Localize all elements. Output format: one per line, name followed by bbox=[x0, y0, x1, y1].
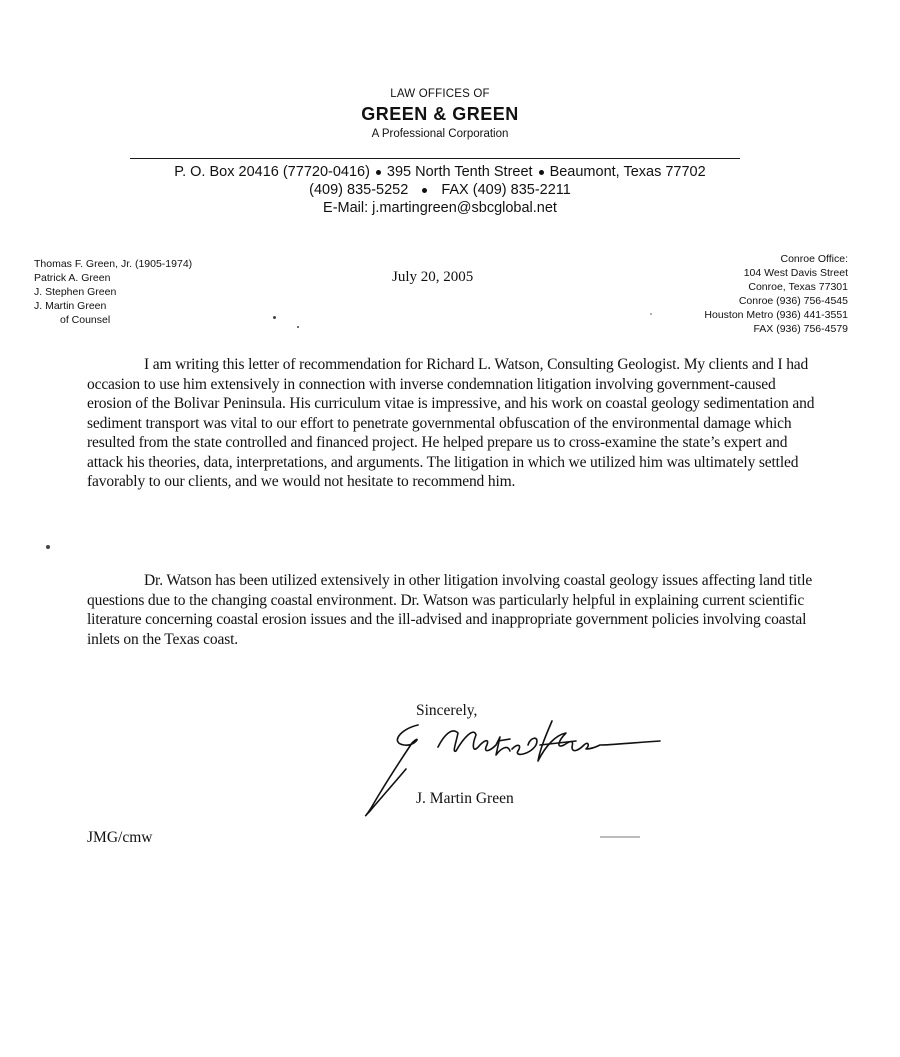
phone-number: (409) 835-5252 bbox=[309, 182, 408, 198]
firm-name: GREEN & GREEN bbox=[0, 104, 880, 125]
conroe-street: 104 West Davis Street bbox=[704, 266, 848, 280]
partners-list: Thomas F. Green, Jr. (1905-1974) Patrick… bbox=[34, 257, 192, 327]
scan-speck bbox=[46, 545, 50, 549]
bullet-icon bbox=[422, 188, 427, 193]
bullet-icon bbox=[539, 170, 544, 175]
partner-role: of Counsel bbox=[34, 313, 192, 327]
street-address: 395 North Tenth Street bbox=[387, 164, 533, 180]
firm-contact-block: P. O. Box 20416 (77720-0416)395 North Te… bbox=[130, 163, 750, 217]
houston-metro-phone: Houston Metro (936) 441-3551 bbox=[704, 308, 848, 322]
law-offices-label: LAW OFFICES OF bbox=[0, 88, 880, 100]
conroe-office-heading: Conroe Office: bbox=[704, 252, 848, 266]
body-paragraph-1: I am writing this letter of recommendati… bbox=[87, 355, 817, 492]
bullet-icon bbox=[376, 170, 381, 175]
body-paragraph-2: Dr. Watson has been utilized extensively… bbox=[87, 571, 817, 649]
scan-speck bbox=[273, 316, 276, 319]
conroe-fax: FAX (936) 756-4579 bbox=[704, 322, 848, 336]
letterhead-divider bbox=[130, 158, 740, 159]
partner-name: J. Martin Green bbox=[34, 299, 192, 313]
conroe-phone: Conroe (936) 756-4545 bbox=[704, 294, 848, 308]
signer-name: J. Martin Green bbox=[416, 790, 514, 808]
paragraph-text: Dr. Watson has been utilized extensively… bbox=[87, 571, 817, 649]
corporation-type: A Professional Corporation bbox=[0, 128, 880, 140]
reference-initials: JMG/cmw bbox=[87, 829, 152, 847]
paragraph-text: I am writing this letter of recommendati… bbox=[87, 355, 817, 492]
handwritten-signature-icon bbox=[360, 715, 680, 825]
conroe-city: Conroe, Texas 77301 bbox=[704, 280, 848, 294]
partner-name: J. Stephen Green bbox=[34, 285, 192, 299]
letter-date: July 20, 2005 bbox=[392, 269, 473, 286]
fax-number: FAX (409) 835-2211 bbox=[441, 182, 571, 198]
email-line: E-Mail: j.martingreen@sbcglobal.net bbox=[130, 199, 750, 217]
city-state-zip: Beaumont, Texas 77702 bbox=[550, 164, 706, 180]
scan-speck bbox=[650, 313, 652, 315]
conroe-office-block: Conroe Office: 104 West Davis Street Con… bbox=[704, 252, 848, 336]
address-line: P. O. Box 20416 (77720-0416)395 North Te… bbox=[130, 163, 750, 181]
scan-speck bbox=[297, 326, 299, 328]
po-box: P. O. Box 20416 (77720-0416) bbox=[174, 164, 370, 180]
partner-name: Thomas F. Green, Jr. (1905-1974) bbox=[34, 257, 192, 271]
partner-name: Patrick A. Green bbox=[34, 271, 192, 285]
scan-speck bbox=[600, 836, 640, 838]
phone-line: (409) 835-5252FAX (409) 835-2211 bbox=[130, 181, 750, 199]
